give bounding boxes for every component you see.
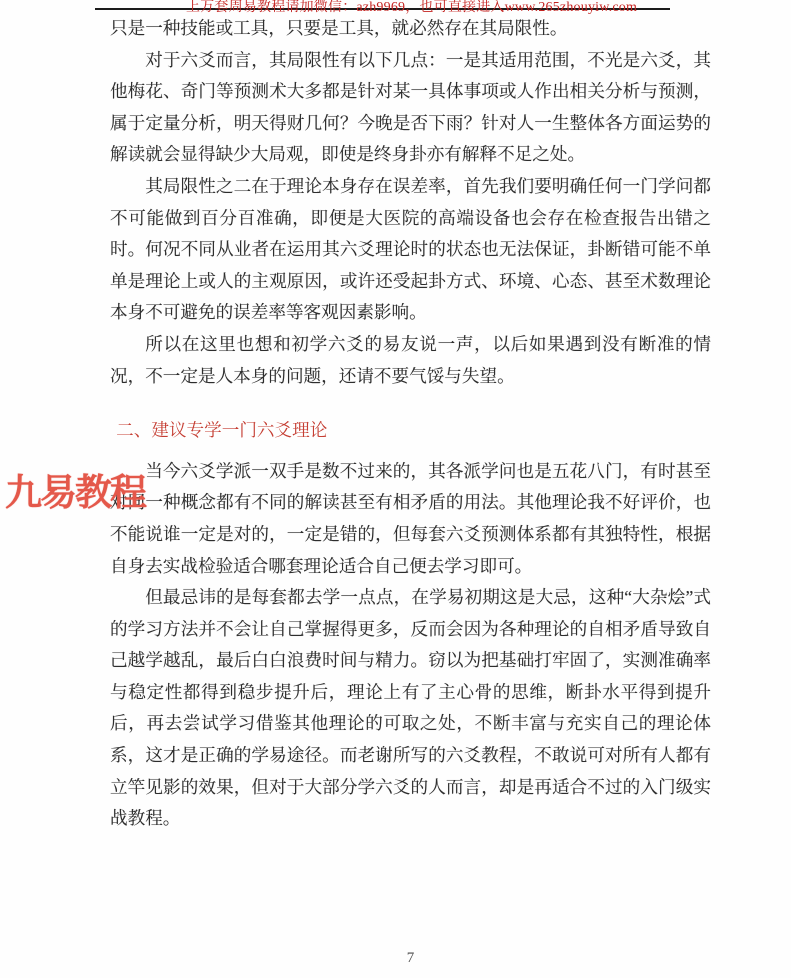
paragraph: 对于六爻而言，其局限性有以下几点：一是其适用范围，不光是六爻，其他梅花、奇门等预… — [110, 45, 711, 171]
site-watermark-text: 九易教程 — [5, 462, 145, 516]
paragraph: 其局限性之二在于理论本身存在误差率，首先我们要明确任何一门学问都不可能做到百分百… — [110, 171, 711, 329]
section-heading: 二、建议专学一门六爻理论 — [110, 415, 711, 447]
paragraph-intro-continuation: 只是一种技能或工具，只要是工具，就必然存在其局限性。 — [110, 13, 711, 45]
paragraph: 所以在这里也想和初学六爻的易友说一声，以后如果遇到没有断准的情况，不一定是人本身… — [110, 329, 711, 392]
body-text: 只是一种技能或工具，只要是工具，就必然存在其局限性。 对于六爻而言，其局限性有以… — [110, 13, 711, 835]
paragraph: 当今六爻学派一双手是数不过来的，其各派学问也是五花八门，有时甚至对同一种概念都有… — [110, 456, 711, 582]
document-page: 上万套周易教程请加微信：azh9969，也可直接进入www.265zhouyiw… — [0, 0, 791, 978]
paragraph: 但最忌讳的是每套都去学一点点，在学易初期这是大忌，这种“大杂烩”式的学习方法并不… — [110, 582, 711, 835]
page-number: 7 — [110, 950, 711, 967]
